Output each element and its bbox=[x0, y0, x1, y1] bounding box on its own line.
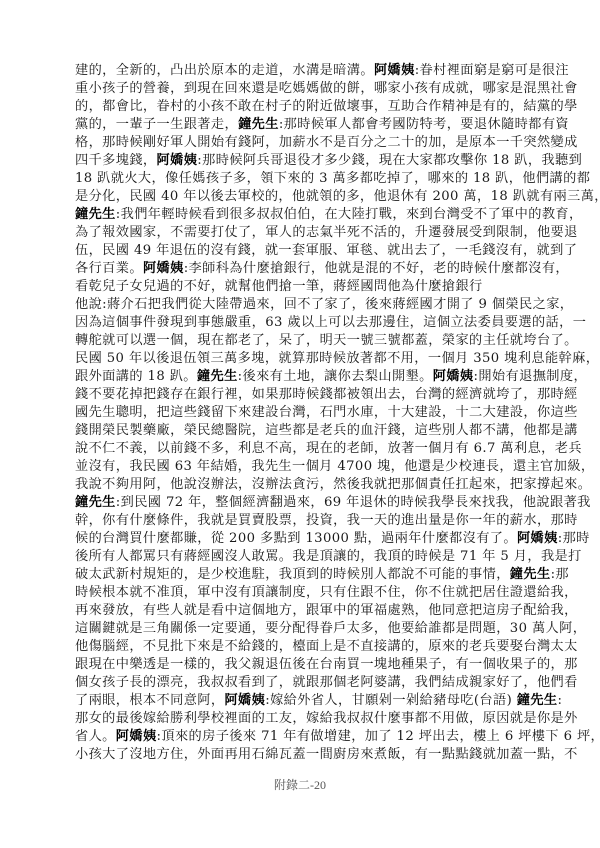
speaker-name: 阿嬌姨 bbox=[433, 369, 474, 384]
speaker-name: 阿嬌姨 bbox=[116, 729, 157, 744]
transcript-text: :那時 bbox=[558, 531, 590, 546]
transcript-line: 說不仁不義，以前錢不多，利息不高，現在的老師，放著一個月有 6.7 萬利息，老兵 bbox=[75, 440, 529, 458]
transcript-line: 民國 50 年以後退伍領三萬多塊，就算那時候放著都不用，一個月 350 塊利息能… bbox=[75, 350, 529, 368]
transcript-text: :開始有退撫制度， bbox=[474, 369, 588, 384]
transcript-text: 他說:蔣介石把我們從大陸帶過來，回不了家了，後來蔣經國才開了 9 個榮民之家， bbox=[75, 297, 573, 312]
transcript-text: 錢開榮民製藥廠，榮民總醫院，這些都是老兵的血汗錢，這些別人都不講，他都是講 bbox=[75, 423, 578, 438]
transcript-text: :那 bbox=[551, 567, 569, 582]
document-body: 建的，全新的，凸出於原本的走道，水溝是暗溝。阿嬌姨:眷村裡面窮是窮可是很注重小孩… bbox=[75, 62, 529, 764]
transcript-line: 的，都會比，眷村的小孩不敢在村子的附近做壞事，互助合作精神是有的，結黨的學 bbox=[75, 98, 529, 116]
transcript-text: 候的台灣買什麼都賺，從 200 多點到 13000 點，過兩年什麼都沒有了。 bbox=[75, 531, 517, 546]
transcript-text: 跟現在中樂透是一樣的，我父親退伍後在台南買一塊地種果子，有一個收果子的，那 bbox=[75, 657, 578, 672]
transcript-text: 那女的最後嫁給勝利學校裡面的工友，嫁給我叔叔什麼事都不用做，原因就是你是外 bbox=[75, 711, 578, 726]
transcript-line: 時候根本就不准頂，軍中沒有頂讓制度，只有住跟不住，你不住就把居住證還給我， bbox=[75, 584, 529, 602]
transcript-text: 時候根本就不准頂，軍中沒有頂讓制度，只有住跟不住，你不住就把居住證還給我， bbox=[75, 585, 578, 600]
transcript-text: 格，那時候剛好軍人開始有錢阿，加薪水不是百分之二十的加，是原本一千突然變成 bbox=[75, 135, 578, 150]
transcript-text: :頂來的房子後來 71 年有做增建，加了 12 坪出去，樓上 6 坪樓下 6 坪… bbox=[157, 729, 600, 744]
transcript-text: 18 趴就火大，像任媽孩子多，領下來的 3 萬多都吃掉了，哪來的 18 趴，他們… bbox=[75, 171, 590, 186]
transcript-line: 錢開榮民製藥廠，榮民總醫院，這些都是老兵的血汗錢，這些別人都不講，他都是講 bbox=[75, 422, 529, 440]
transcript-line: 破太武新村規矩的，是少校進駐，我頂到的時候別人都說不可能的事情，鐘先生:那 bbox=[75, 566, 529, 584]
transcript-line: 鐘先生:我們年輕時候看到很多叔叔伯伯，在大陸打戰，來到台灣受不了軍中的教育， bbox=[75, 206, 529, 224]
transcript-text: 後所有人都罵只有蔣經國沒人敢罵。我是頂讓的，我頂的時候是 71 年 5 月，我是… bbox=[75, 549, 582, 564]
transcript-text: 轉舵就可以選一個，現在都老了，呆了，明天一號三號都蓋，榮家的主任就垮台了。 bbox=[75, 333, 578, 348]
transcript-line: 再來發放，有些人就是看中這個地方，跟軍中的軍福處熟，他同意把這房子配給我， bbox=[75, 602, 529, 620]
speaker-name: 阿嬌姨 bbox=[374, 63, 415, 78]
speaker-name: 阿嬌姨 bbox=[157, 153, 198, 168]
speaker-name: 鐘先生 bbox=[75, 207, 116, 222]
transcript-line: 18 趴就火大，像任媽孩子多，領下來的 3 萬多都吃掉了，哪來的 18 趴，他們… bbox=[75, 170, 529, 188]
transcript-text: 我說不夠用阿，他說沒辦法，沒辦法貪污，然後我就把那個責任扛起來，把家撐起來。 bbox=[75, 477, 591, 492]
transcript-line: 他說:蔣介石把我們從大陸帶過來，回不了家了，後來蔣經國才開了 9 個榮民之家， bbox=[75, 296, 529, 314]
transcript-line: 伍，民國 49 年退伍的沒有錢，就一套軍服、軍毯、就出去了，一毛錢沒有，就到了 bbox=[75, 242, 529, 260]
transcript-text: 說不仁不義，以前錢不多，利息不高，現在的老師，放著一個月有 6.7 萬利息，老兵 bbox=[75, 441, 582, 456]
transcript-line: 為了報效國家，不需要打仗了，軍人的志氣半死不活的，升遷發展受到限制，他要退 bbox=[75, 224, 529, 242]
transcript-line: 錢不要花掉把錢存在銀行裡，如果那時候錢都被領出去，台灣的經濟就垮了，那時經 bbox=[75, 386, 529, 404]
transcript-line: 那女的最後嫁給勝利學校裡面的工友，嫁給我叔叔什麼事都不用做，原因就是你是外 bbox=[75, 710, 529, 728]
transcript-text: 他傷腦經，不見批下來是不給錢的，檯面上是不直接講的，原來的老兵要娶台灣太太 bbox=[75, 639, 578, 654]
transcript-line: 鐘先生:到民國 72 年，整個經濟翻過來，69 年退休的時候我學長來找我，他說跟… bbox=[75, 494, 529, 512]
transcript-text: 因為這個事件發現到事態嚴重，63 歲以上可以去那邊住，這個立法委員要選的話，一 bbox=[75, 315, 586, 330]
transcript-line: 並沒有，我民國 63 年結婚，我先生一個月 4700 塊，他還是少校連長，還主官… bbox=[75, 458, 529, 476]
speaker-name: 鐘先生 bbox=[510, 567, 551, 582]
transcript-text: :後來有土地，讓你去梨山開墾。 bbox=[238, 369, 433, 384]
transcript-line: 黨的，一輩子一生跟著走，鐘先生:那時候軍人都會考國防特考，要退休隨時都有資 bbox=[75, 116, 529, 134]
transcript-line: 看乾兒子女兒過的不好，就幫他們搶一筆，蔣經國問他為什麼搶銀行 bbox=[75, 278, 529, 296]
transcript-text: :那時候阿兵哥退役才多少錢，現在大家都攻擊你 18 趴，我聽到 bbox=[197, 153, 582, 168]
transcript-text: 民國 50 年以後退伍領三萬多塊，就算那時候放著都不用，一個月 350 塊利息能… bbox=[75, 351, 599, 366]
transcript-text: 小孩大了沒地方住，外面再用石綿瓦蓋一間廚房來煮飯，有一點點錢就加蓋一點，不 bbox=[75, 747, 578, 762]
transcript-text: 伍，民國 49 年退伍的沒有錢，就一套軍服、軍毯、就出去了，一毛錢沒有，就到了 bbox=[75, 243, 577, 258]
transcript-line: 各行百業。阿嬌姨:李師科為什麼搶銀行，他就是混的不好，老的時候什麼都沒有， bbox=[75, 260, 529, 278]
speaker-name: 鐘先生 bbox=[197, 369, 238, 384]
transcript-line: 跟現在中樂透是一樣的，我父親退伍後在台南買一塊地種果子，有一個收果子的，那 bbox=[75, 656, 529, 674]
transcript-text: 重小孩子的營養，到現在回來還是吃媽媽做的餅，哪家小孩有成就，哪家是混黑社會 bbox=[75, 81, 578, 96]
transcript-line: 幹，你有什麼條件，我就是買賣股票，投資，我一天的進出量是你一年的薪水，那時 bbox=[75, 512, 529, 530]
transcript-line: 我說不夠用阿，他說沒辦法，沒辦法貪污，然後我就把那個責任扛起來，把家撐起來。 bbox=[75, 476, 529, 494]
transcript-text: 黨的，一輩子一生跟著走， bbox=[75, 117, 238, 132]
transcript-text: 這關鍵就是三角關係一定要通，要分配得眷戶太多，他要給誰都是問題，30 萬人阿， bbox=[75, 621, 586, 636]
transcript-line: 這關鍵就是三角關係一定要通，要分配得眷戶太多，他要給誰都是問題，30 萬人阿， bbox=[75, 620, 529, 638]
transcript-text: 是分化，民國 40 年以後去軍校的，他就領的多，他退休有 200 萬，18 趴就… bbox=[75, 189, 600, 204]
transcript-text: 四千多塊錢， bbox=[75, 153, 157, 168]
transcript-text: 個女孩子長的漂亮，我叔叔看到了，就跟那個老阿婆講，我們結成親家好了，他們看 bbox=[75, 675, 578, 690]
transcript-line: 建的，全新的，凸出於原本的走道，水溝是暗溝。阿嬌姨:眷村裡面窮是窮可是很注 bbox=[75, 62, 529, 80]
transcript-text: 破太武新村規矩的，是少校進駐，我頂到的時候別人都說不可能的事情， bbox=[75, 567, 510, 582]
transcript-line: 省人。阿嬌姨:頂來的房子後來 71 年有做增建，加了 12 坪出去，樓上 6 坪… bbox=[75, 728, 529, 746]
speaker-name: 鐘先生 bbox=[517, 693, 558, 708]
transcript-text: 錢不要花掉把錢存在銀行裡，如果那時候錢都被領出去，台灣的經濟就垮了，那時經 bbox=[75, 387, 578, 402]
transcript-text: 了兩眼，根本不同意阿， bbox=[75, 693, 224, 708]
transcript-text: 看乾兒子女兒過的不好，就幫他們搶一筆，蔣經國問他為什麼搶銀行 bbox=[75, 279, 483, 294]
transcript-text: : bbox=[558, 693, 563, 708]
transcript-text: 的，都會比，眷村的小孩不敢在村子的附近做壞事，互助合作精神是有的，結黨的學 bbox=[75, 99, 578, 114]
transcript-line: 個女孩子長的漂亮，我叔叔看到了，就跟那個老阿婆講，我們結成親家好了，他們看 bbox=[75, 674, 529, 692]
transcript-text: 為了報效國家，不需要打仗了，軍人的志氣半死不活的，升遷發展受到限制，他要退 bbox=[75, 225, 578, 240]
transcript-text: 省人。 bbox=[75, 729, 116, 744]
transcript-line: 他傷腦經，不見批下來是不給錢的，檯面上是不直接講的，原來的老兵要娶台灣太太 bbox=[75, 638, 529, 656]
transcript-text: :那時候軍人都會考國防特考，要退休隨時都有資 bbox=[279, 117, 569, 132]
transcript-line: 國先生聰明，把這些錢留下來建設台灣，石門水庫，十大建設，十二大建設，你這些 bbox=[75, 404, 529, 422]
transcript-line: 小孩大了沒地方住，外面再用石綿瓦蓋一間廚房來煮飯，有一點點錢就加蓋一點，不 bbox=[75, 746, 529, 764]
speaker-name: 鐘先生 bbox=[75, 495, 116, 510]
transcript-text: 各行百業。 bbox=[75, 261, 143, 276]
transcript-line: 跟外面講的 18 趴。鐘先生:後來有土地，讓你去梨山開墾。阿嬌姨:開始有退撫制度… bbox=[75, 368, 529, 386]
transcript-line: 候的台灣買什麼都賺，從 200 多點到 13000 點，過兩年什麼都沒有了。阿嬌… bbox=[75, 530, 529, 548]
transcript-line: 因為這個事件發現到事態嚴重，63 歲以上可以去那邊住，這個立法委員要選的話，一 bbox=[75, 314, 529, 332]
transcript-line: 是分化，民國 40 年以後去軍校的，他就領的多，他退休有 200 萬，18 趴就… bbox=[75, 188, 529, 206]
transcript-text: :到民國 72 年，整個經濟翻過來，69 年退休的時候我學長來找我，他說跟著我 bbox=[116, 495, 591, 510]
speaker-name: 鐘先生 bbox=[238, 117, 279, 132]
transcript-text: 幹，你有什麼條件，我就是買賣股票，投資，我一天的進出量是你一年的薪水，那時 bbox=[75, 513, 578, 528]
transcript-line: 格，那時候剛好軍人開始有錢阿，加薪水不是百分之二十的加，是原本一千突然變成 bbox=[75, 134, 529, 152]
transcript-text: 並沒有，我民國 63 年結婚，我先生一個月 4700 塊，他還是少校連長，還主官… bbox=[75, 459, 595, 474]
transcript-text: :嫁給外省人，甘願剁一剁給豬母吃(台語) bbox=[265, 693, 517, 708]
transcript-text: 建的，全新的，凸出於原本的走道，水溝是暗溝。 bbox=[75, 63, 374, 78]
transcript-text: 再來發放，有些人就是看中這個地方，跟軍中的軍福處熟，他同意把這房子配給我， bbox=[75, 603, 578, 618]
transcript-text: :我們年輕時候看到很多叔叔伯伯，在大陸打戰，來到台灣受不了軍中的教育， bbox=[116, 207, 583, 222]
speaker-name: 阿嬌姨 bbox=[143, 261, 184, 276]
transcript-text: 國先生聰明，把這些錢留下來建設台灣，石門水庫，十大建設，十二大建設，你這些 bbox=[75, 405, 578, 420]
speaker-name: 阿嬌姨 bbox=[517, 531, 558, 546]
transcript-line: 重小孩子的營養，到現在回來還是吃媽媽做的餅，哪家小孩有成就，哪家是混黑社會 bbox=[75, 80, 529, 98]
transcript-line: 四千多塊錢，阿嬌姨:那時候阿兵哥退役才多少錢，現在大家都攻擊你 18 趴，我聽到 bbox=[75, 152, 529, 170]
transcript-line: 轉舵就可以選一個，現在都老了，呆了，明天一號三號都蓋，榮家的主任就垮台了。 bbox=[75, 332, 529, 350]
transcript-text: :眷村裡面窮是窮可是很注 bbox=[415, 63, 569, 78]
page-number-footer: 附錄二-20 bbox=[0, 776, 600, 793]
transcript-line: 了兩眼，根本不同意阿，阿嬌姨:嫁給外省人，甘願剁一剁給豬母吃(台語) 鐘先生: bbox=[75, 692, 529, 710]
transcript-text: :李師科為什麼搶銀行，他就是混的不好，老的時候什麼都沒有， bbox=[184, 261, 569, 276]
speaker-name: 阿嬌姨 bbox=[224, 693, 265, 708]
transcript-text: 跟外面講的 18 趴。 bbox=[75, 369, 197, 384]
transcript-line: 後所有人都罵只有蔣經國沒人敢罵。我是頂讓的，我頂的時候是 71 年 5 月，我是… bbox=[75, 548, 529, 566]
